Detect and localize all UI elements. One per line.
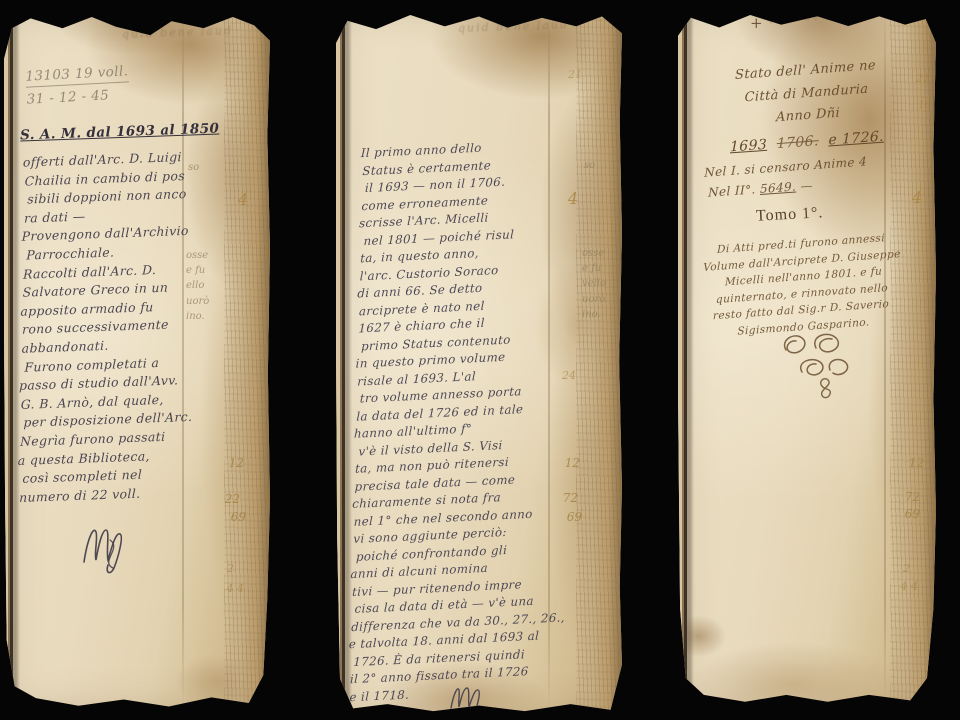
bleedthrough-line: e fu — [582, 261, 606, 276]
book-spine-edge — [678, 8, 694, 706]
census-line-1: Nel I. si censaro Anime 4 — [704, 154, 867, 179]
edge-number: 72 — [905, 490, 920, 504]
edge-number: 4 — [912, 188, 922, 207]
edge-number: 2 — [903, 562, 910, 575]
tome-heading: Tomo 1°. — [756, 204, 824, 226]
note-block: Di Atti pred.ti furono annessiVolume dal… — [694, 228, 909, 343]
faded-top-inscription: quid bene laud — [766, 9, 877, 24]
edge-number: 24 — [562, 369, 576, 382]
page-heading: S. A. M. dal 1693 al 1850 — [20, 121, 220, 144]
edge-number: 18 — [918, 100, 931, 111]
manuscript-text-block: offerti dall'Arc. D. LuigiChailia in cam… — [19, 146, 240, 507]
edge-number: 72 — [563, 491, 578, 505]
bleedthrough-line: ino. — [186, 309, 209, 324]
edge-number: 69 — [231, 510, 246, 524]
pencil-date: 31 - 12 - 45 — [26, 87, 109, 107]
bleedthrough-text: ossee fuellouoròino. — [186, 248, 209, 324]
census-count: 5649. — [760, 179, 796, 196]
edge-number: 4 4 — [227, 582, 245, 595]
bleedthrough-line: ino. — [582, 307, 606, 322]
edge-number: 4 4 — [901, 580, 919, 593]
manuscript-triptych-viewer: quid bene laud 13103 19 voll. 31 - 12 - … — [0, 0, 960, 720]
bleedthrough-line: e fu — [186, 263, 209, 278]
bleedthrough-text: ossee fuvellouoròino. — [582, 246, 606, 322]
year-rest: e 1726. — [828, 129, 883, 149]
manuscript-text-block: Il primo anno delloStatus è certamenteil… — [349, 134, 612, 707]
signature-monogram-icon — [80, 518, 134, 576]
edge-number: 4 — [238, 190, 248, 209]
faded-top-inscription: quid bene laud — [458, 18, 569, 35]
census-line-2: Nel II°. 5649. — — [708, 178, 813, 199]
edge-number: 69 — [567, 510, 582, 524]
edge-number: 12 — [565, 456, 580, 470]
book-spine-edge — [336, 8, 352, 714]
bleedthrough-line: osse — [186, 248, 209, 263]
year-first: 1693 — [730, 137, 767, 156]
bleedthrough-line: ello — [186, 278, 209, 293]
edge-number: 4 — [568, 189, 578, 208]
manuscript-page-left: quid bene laud 13103 19 voll. 31 - 12 - … — [4, 10, 270, 710]
book-spine-edge — [4, 10, 20, 710]
edge-number: 12 — [909, 456, 924, 470]
edge-number: 22 — [225, 492, 240, 506]
title-block: Stato dell' Anime neCittà di ManduriaAnn… — [704, 53, 909, 135]
edge-number: 21 — [568, 68, 582, 81]
faded-top-inscription: quid bene laud — [122, 24, 233, 41]
edge-number: 21 — [916, 72, 930, 85]
bleedthrough-line: uorò — [186, 294, 209, 309]
year-struck: 1706. — [777, 133, 819, 152]
bleedthrough-line: vello — [582, 276, 606, 291]
edge-number: 12 — [229, 456, 244, 470]
pencil-annotations: 13103 19 voll. 31 - 12 - 45 — [25, 63, 130, 108]
pencil-shelfmark: 13103 19 voll. — [25, 63, 129, 87]
manuscript-page-center: quid bene laud Il primo anno delloStatus… — [336, 8, 622, 714]
bleedthrough-line: osse — [582, 246, 606, 261]
edge-number: 69 — [905, 507, 920, 521]
edge-number: 2 — [227, 562, 234, 575]
signature-monogram-icon — [448, 680, 488, 716]
bleedthrough-fragment: so — [584, 158, 595, 173]
bleedthrough-line: uorò — [582, 292, 606, 307]
bleedthrough-fragment: so — [188, 160, 199, 175]
manuscript-page-right: quid bene laud + Stato dell' Anime neCit… — [678, 8, 936, 706]
cross-mark: + — [750, 14, 763, 32]
pen-trials-scribble-icon — [776, 330, 872, 412]
